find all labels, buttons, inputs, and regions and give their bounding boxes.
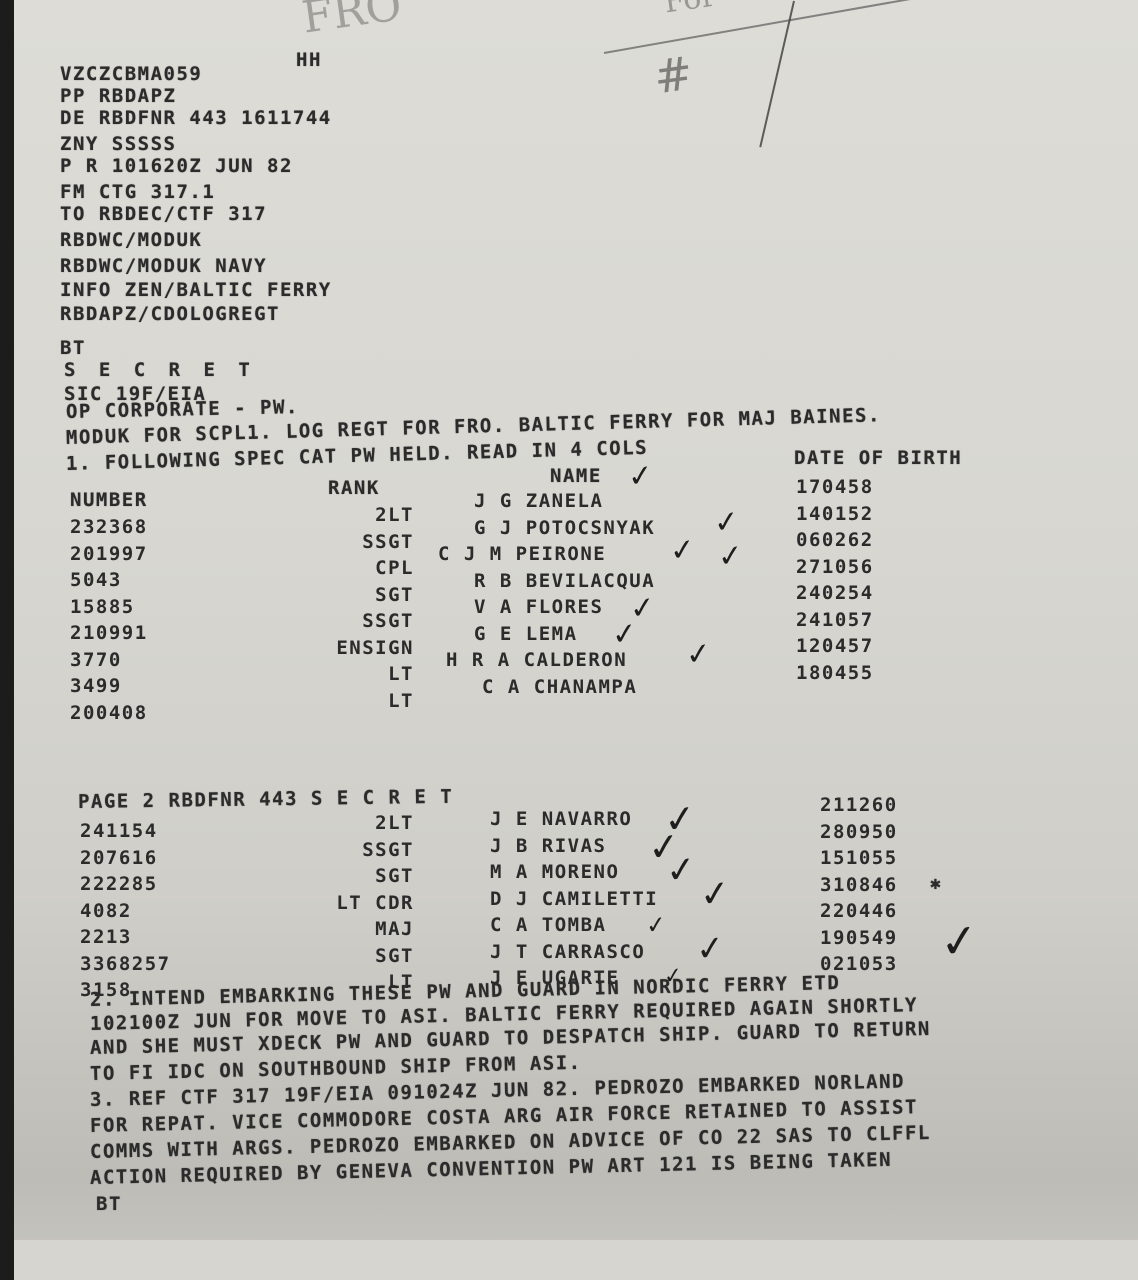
cell-dob: 140152 — [796, 501, 874, 528]
cell-number: 4082 — [80, 898, 171, 925]
page2-dob-column: 211260 280950 151055 310846 220446 19054… — [820, 792, 898, 978]
cell-dob: 190549 — [820, 925, 898, 952]
header-line-6: FM CTG 317.1 — [60, 182, 215, 202]
cell-name: C A CHANAMPA — [438, 674, 655, 701]
page2-header: PAGE 2 RBDFNR 443 S E C R E T — [78, 787, 453, 812]
check-mark-icon: ✓ — [717, 541, 745, 573]
cell-rank: SSGT — [304, 608, 414, 635]
header-line-12: BT — [60, 338, 86, 358]
header-line-2: PP RBDAPZ — [60, 86, 176, 106]
cell-name: J B RIVAS — [490, 833, 658, 860]
cell-name: M A MORENO — [490, 859, 658, 886]
cell-dob: 180455 — [796, 660, 874, 687]
check-mark-icon: ✓ — [685, 639, 713, 671]
cell-dob: 310846 — [820, 872, 898, 899]
check-mark-icon: ✓ — [939, 924, 980, 958]
cell-rank: SGT — [284, 863, 414, 890]
cell-name: D J CAMILETTI — [490, 886, 658, 913]
handwritten-initials: For — [662, 0, 718, 20]
cell-name: J T CARRASCO — [490, 939, 658, 966]
cell-rank: LT CDR — [284, 890, 414, 917]
cell-dob: 280950 — [820, 819, 898, 846]
cell-name: C A TOMBA — [490, 912, 658, 939]
handwritten-fro: FRO — [299, 0, 405, 44]
cell-dob: 151055 — [820, 845, 898, 872]
cell-number: 210991 — [70, 620, 148, 647]
cell-rank: ENSIGN — [304, 635, 414, 662]
cell-dob: 170458 — [796, 474, 874, 501]
cell-name: J E NAVARRO — [490, 806, 658, 833]
col-header-rank: RANK — [328, 478, 380, 498]
header-line-11: RBDAPZ/CDOLOGREGT — [60, 304, 280, 324]
check-mark-icon: ✓ — [695, 933, 726, 966]
page1-rank-column: 2LT SSGT CPL SGT SSGT ENSIGN LT LT — [304, 502, 414, 714]
cell-dob: 211260 — [820, 792, 898, 819]
cell-dob: 240254 — [796, 580, 874, 607]
cell-number: 15885 — [70, 594, 148, 621]
cell-rank: LT — [304, 688, 414, 715]
check-mark-icon: ✓ — [699, 879, 732, 912]
cell-number: 5043 — [70, 567, 148, 594]
header-line-5: P R 101620Z JUN 82 — [60, 156, 293, 176]
header-line-10: INFO ZEN/BALTIC FERRY — [60, 280, 332, 300]
classification-secret: S E C R E T — [64, 360, 256, 380]
cell-dob: 220446 — [820, 898, 898, 925]
check-mark-icon: ✓ — [644, 909, 667, 941]
page2-name-column: J E NAVARRO J B RIVAS M A MORENO D J CAM… — [490, 806, 658, 992]
cell-dob: 120457 — [796, 633, 874, 660]
page1-dob-column: 170458 140152 060262 271056 240254 24105… — [796, 474, 874, 686]
cell-number: 222285 — [80, 871, 171, 898]
cell-rank: 2LT — [304, 502, 414, 529]
cell-number: 201997 — [70, 541, 148, 568]
cell-name: G J POTOCSNYAK — [438, 515, 655, 542]
header-line-1: VZCZCBMA059 — [60, 64, 202, 84]
cell-rank: 2LT — [284, 810, 414, 837]
page1-number-column: 232368 201997 5043 15885 210991 3770 349… — [70, 514, 148, 726]
cell-rank: LT — [304, 661, 414, 688]
cell-number: 3368257 — [80, 951, 171, 978]
col-header-dob: DATE OF BIRTH — [794, 448, 962, 468]
asterisk-mark-icon: ✱ — [930, 874, 942, 894]
cell-name: C J M PEIRONE — [438, 541, 655, 568]
cell-dob: 241057 — [796, 607, 874, 634]
cell-rank: SGT — [304, 582, 414, 609]
cell-rank: SGT — [284, 943, 414, 970]
check-mark-icon: ✓ — [713, 507, 741, 539]
cell-number: 207616 — [80, 845, 171, 872]
cell-number: 3770 — [70, 647, 148, 674]
handwritten-hash: # — [650, 46, 696, 105]
check-mark-icon: ✓ — [669, 535, 697, 567]
col-header-name: NAME — [550, 466, 602, 486]
scanned-document: FRO For # VZCZCBMA059 HH PP RBDAPZ DE RB… — [14, 0, 1138, 1280]
cell-number: 200408 — [70, 700, 148, 727]
cell-rank: SSGT — [304, 529, 414, 556]
header-line-8: RBDWC/MODUK — [60, 230, 202, 250]
body-intro-1: OP CORPORATE - PW. — [66, 397, 299, 422]
cell-number: 3499 — [70, 673, 148, 700]
cell-dob: 271056 — [796, 554, 874, 581]
cell-number: 232368 — [70, 514, 148, 541]
cell-name: R B BEVILACQUA — [438, 568, 655, 595]
check-mark-icon: ✓ — [611, 619, 639, 651]
cell-rank: MAJ — [284, 916, 414, 943]
page-bottom-margin — [14, 1240, 1138, 1280]
col-header-number: NUMBER — [70, 490, 148, 510]
cell-number: 241154 — [80, 818, 171, 845]
cell-rank: CPL — [304, 555, 414, 582]
cell-rank: SSGT — [284, 837, 414, 864]
cell-number: 2213 — [80, 924, 171, 951]
header-line-9: RBDWC/MODUK NAVY — [60, 256, 267, 276]
header-right-hh: HH — [296, 50, 322, 70]
page1-name-column-text: J G ZANELA G J POTOCSNYAK C J M PEIRONE … — [438, 488, 655, 700]
header-line-3: DE RBDFNR 443 1611744 — [60, 108, 332, 128]
page2-rank-column: 2LT SSGT SGT LT CDR MAJ SGT LT — [284, 810, 414, 996]
cell-name: J G ZANELA — [438, 488, 655, 515]
header-line-7: TO RBDEC/CTF 317 — [60, 204, 267, 224]
closing-bt: BT — [96, 1194, 122, 1214]
cell-dob: 060262 — [796, 527, 874, 554]
check-mark-icon: ✓ — [665, 855, 698, 888]
header-line-4: ZNY SSSSS — [60, 134, 176, 154]
